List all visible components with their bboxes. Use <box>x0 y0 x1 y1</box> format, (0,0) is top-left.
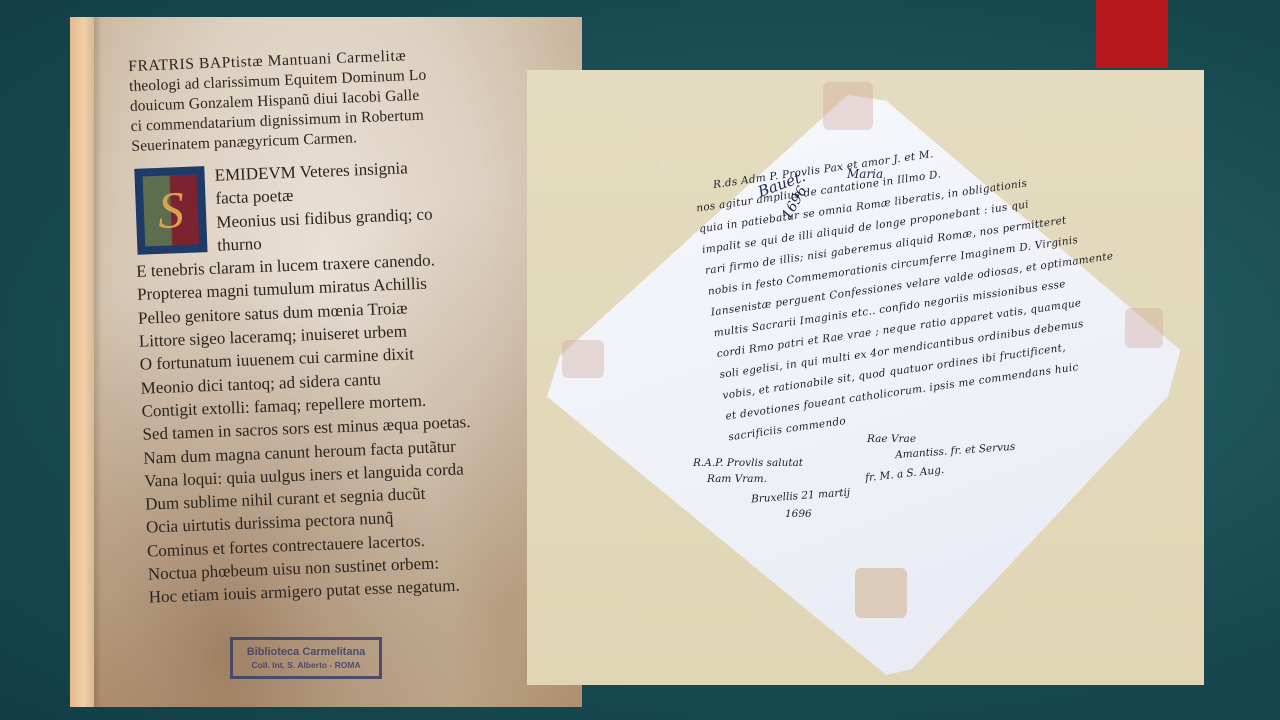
tape-mark-bottom <box>855 568 907 618</box>
letter-year: 1696 <box>785 508 812 520</box>
tape-mark-top <box>823 82 873 130</box>
closing-salutation-left: R.A.P. Provlis salutat <box>693 457 803 469</box>
initial-letter: S <box>143 174 200 246</box>
red-accent-bar <box>1096 0 1168 68</box>
stamp-line-2: Coll. Int. S. Alberto - ROMA <box>233 659 379 671</box>
letter-photo: Bauet. 1696 Maria R.ds Adm P. Provlis Pa… <box>527 70 1204 685</box>
stamp-line-1: Biblioteca Carmelitana <box>233 645 379 659</box>
illuminated-initial: S <box>134 166 207 255</box>
library-stamp: Biblioteca Carmelitana Coll. Int. S. Alb… <box>230 637 382 679</box>
book-page-photo: FRATRIS BAPtistæ Mantuani Carmelitæ theo… <box>70 17 582 707</box>
tape-mark-left <box>562 340 604 378</box>
printed-text-block: FRATRIS BAPtistæ Mantuani Carmelitæ theo… <box>128 41 570 631</box>
book-spine-edge <box>70 17 94 707</box>
closing-salutation-right: Rae Vrae <box>867 433 916 445</box>
spine-shadow <box>94 17 102 707</box>
verse-block: S EMIDEVM Veteres insignia facta poetæ M… <box>132 151 570 631</box>
closing-salutation-left-2: Ram Vram. <box>707 473 767 485</box>
